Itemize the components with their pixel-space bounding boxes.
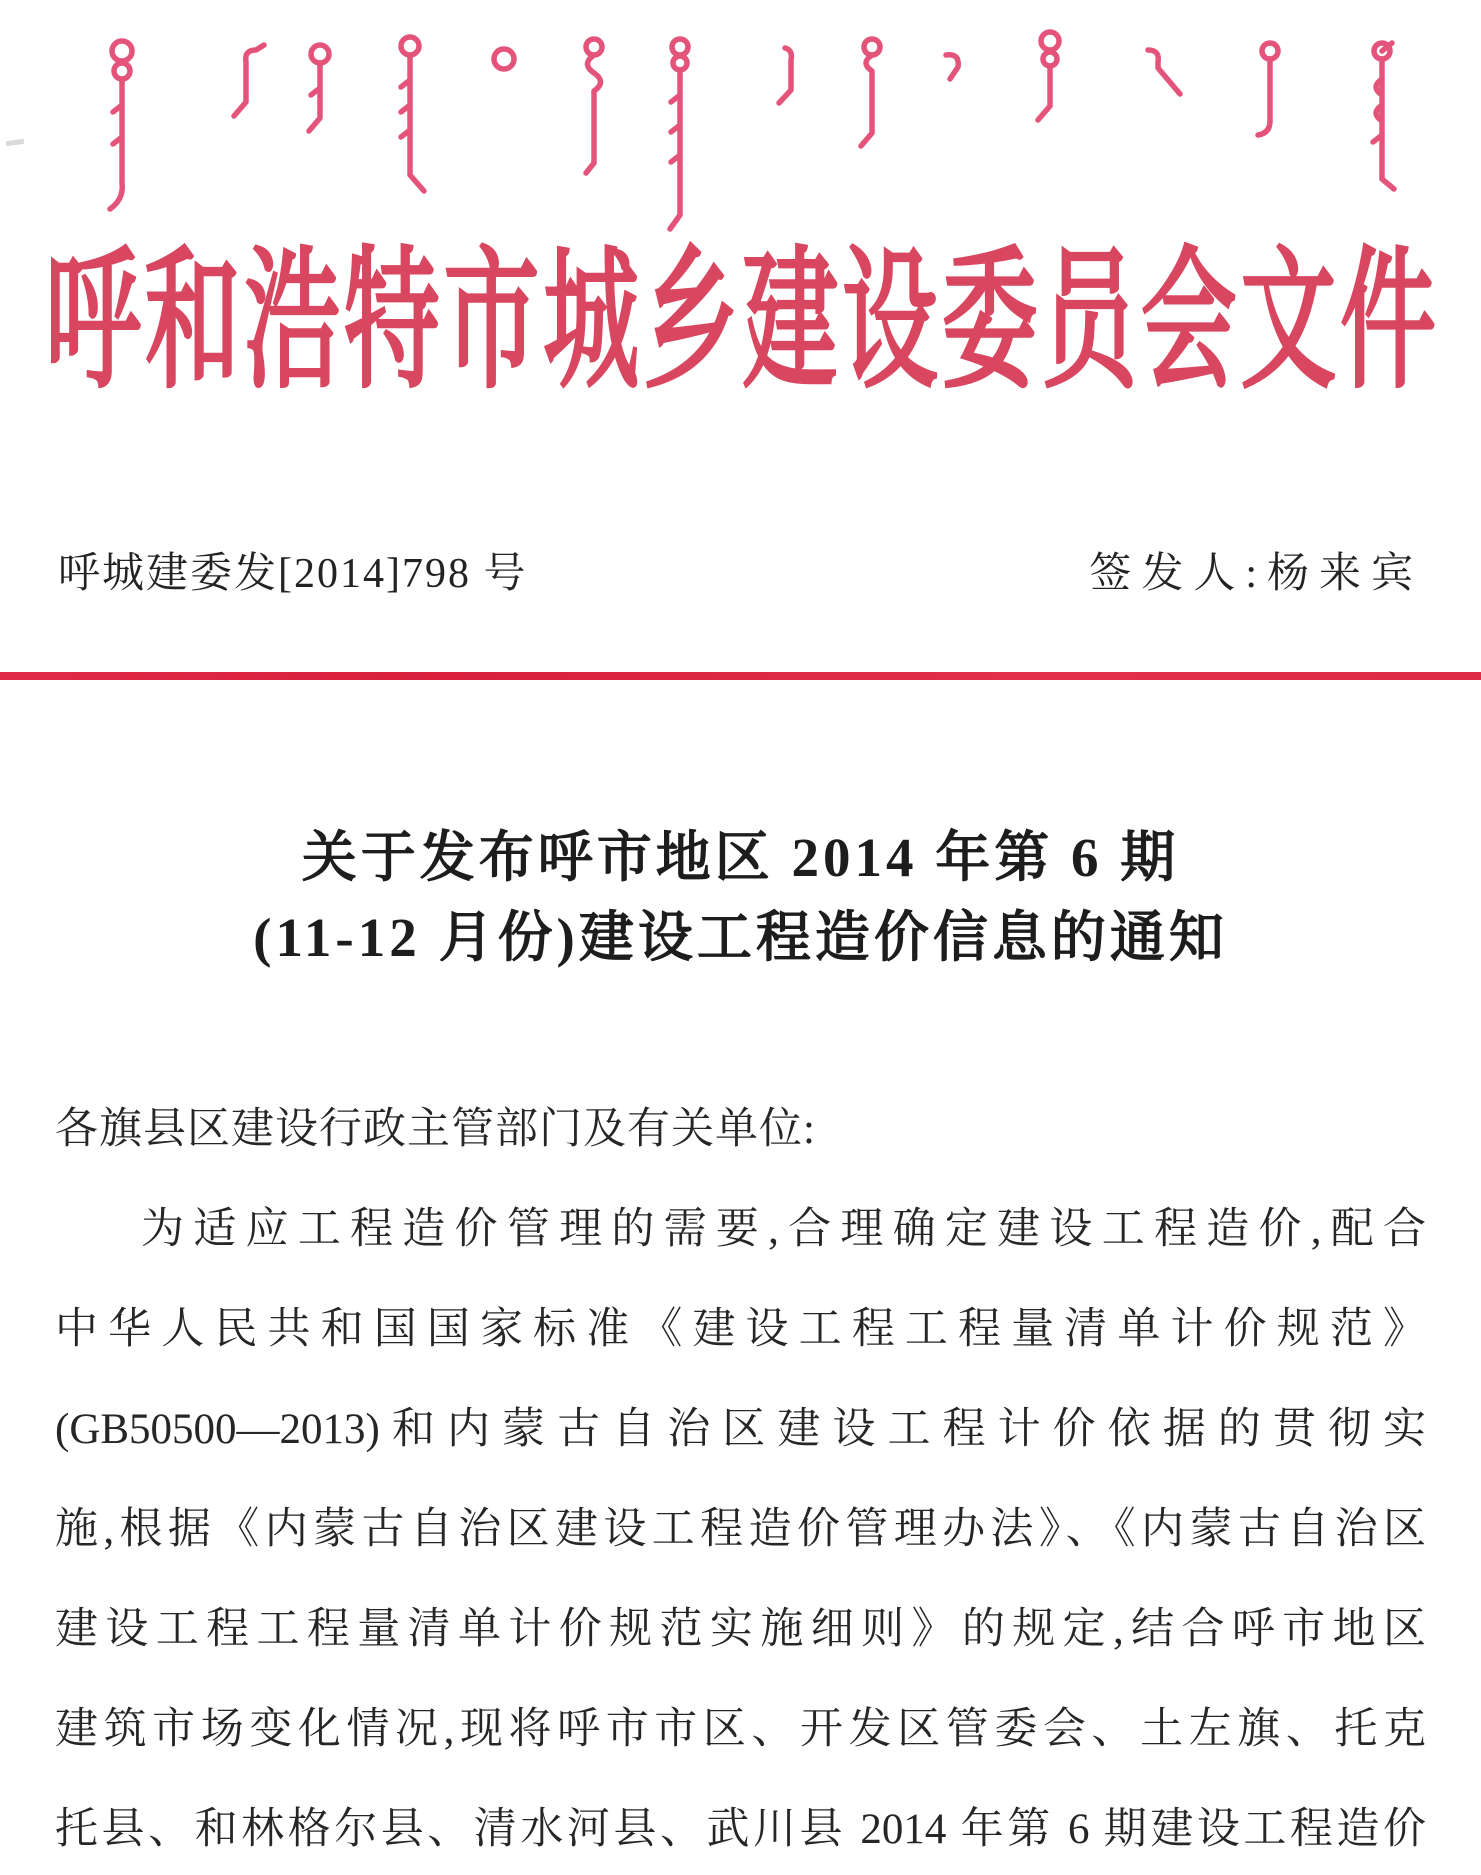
body-line: 为适应工程造价管理的需要,合理确定建设工程造价,配合 [55,1180,1426,1280]
body-line: 中华人民共和国国家标准《建设工程工程量清单计价规范》 [55,1280,1426,1380]
notice-title-line2: (11-12 月份)建设工程造价信息的通知 [0,898,1481,978]
doc-number: 呼城建委发[2014]798 号 [58,540,527,600]
mongolian-script-column [92,33,156,238]
mongolian-script-column [222,40,286,135]
mongolian-script-column [474,43,538,83]
notice-body: 各旗县区建设行政主管部门及有关单位: 为适应工程造价管理的需要,合理确定建设工程… [0,1080,1481,1875]
mongolian-script-column [1122,40,1186,125]
signer: 签发人:杨来宾 [1089,540,1423,600]
mongolian-script-column [1238,37,1302,152]
mongolian-script-column [562,33,626,193]
scanned-official-document: 呼和浩特市城乡建设委员会文件 呼城建委发[2014]798 号 签发人:杨来宾 … [0,0,1481,1875]
mongolian-script-column [648,33,712,248]
doc-info-row: 呼城建委发[2014]798 号 签发人:杨来宾 [0,540,1481,600]
red-separator-rule [0,672,1481,680]
masthead: 呼和浩特市城乡建设委员会文件 [0,233,1481,345]
body-line: 建设工程工程量清单计价规范实施细则》的规定,结合呼市地区 [55,1580,1426,1680]
notice-title: 关于发布呼市地区 2014 年第 6 期 (11-12 月份)建设工程造价信息的… [0,818,1481,978]
org-title: 呼和浩特市城乡建设委员会文件 [45,233,1436,412]
notice-title-line1: 关于发布呼市地区 2014 年第 6 期 [0,818,1481,898]
body-line: (GB50500—2013)和内蒙古自治区建设工程计价依据的贯彻实 [55,1380,1426,1480]
mongolian-script-column [840,33,904,168]
mongolian-script-column [1348,35,1412,220]
body-line: 托县、和林格尔县、清水河县、武川县 2014 年第 6 期建设工程造价 [55,1780,1426,1875]
body-line: 建筑市场变化情况,现将呼市市区、开发区管委会、土左旗、托克 [55,1680,1426,1780]
salutation: 各旗县区建设行政主管部门及有关单位: [55,1080,1426,1180]
mongolian-script-column [288,40,352,160]
mongolian-script-column [378,30,442,210]
mongolian-script-column [755,40,819,115]
mongolian-script-column [1018,27,1082,137]
mongolian-script-column [922,45,986,95]
mongolian-script-header [0,25,1481,240]
body-line: 施,根据《内蒙古自治区建设工程造价管理办法》、《内蒙古自治区 [55,1480,1426,1580]
